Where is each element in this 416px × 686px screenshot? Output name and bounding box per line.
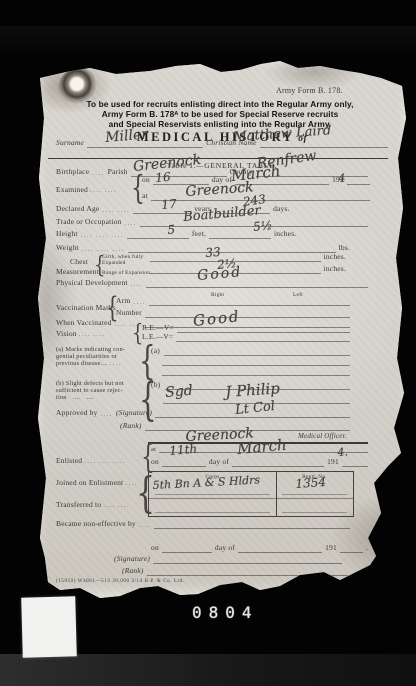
vaccination-arm-row: Arm .... [116,297,350,306]
height-feet-line [127,230,189,239]
final-signature-row: (Signature) [114,555,342,564]
marks-a-line3 [162,375,350,376]
enlisted-year-label: 191 [327,458,339,467]
enlisted-on-label: on [151,458,159,467]
feet-label: feet, [192,230,206,239]
film-shade-top [0,26,416,58]
weight-label: Weight [56,244,79,253]
vision-label: Vision .... .... [56,330,106,339]
physical-label: Physical Development [56,279,128,288]
film-shade-bottom [0,654,416,686]
enlisted-year-line [342,458,368,467]
final-rank-line [147,567,348,576]
defects-b-tag: (b) [151,381,160,390]
notice-line-1: To be used for recruits enlisting direct… [50,99,390,109]
chest-girth-row: inches. [150,253,346,262]
non-effective-line [154,520,350,529]
approved-row: Approved by .... (Signature) [56,409,350,418]
enlisted-at-label: at [151,446,156,453]
on-label: on [142,176,150,185]
when-vaccinated-label: When Vaccinated [56,319,112,328]
le-line [176,333,350,342]
hw-approved-signature: J Philip [225,379,281,401]
microfilm-frame: Army Form B. 178. To be used for recruit… [0,0,416,686]
arm-line [149,297,350,306]
frame-number: 0804 [192,603,259,622]
birthplace-label: Birthplace [56,168,89,177]
marks-a-line1 [164,355,350,356]
hw-height-feet: 5 [167,223,176,237]
approved-label: Approved by [56,409,98,418]
final-rank-row: (Rank) [122,567,348,576]
corps-table-row-line [149,498,353,499]
marks-a-tag: (a) [151,347,160,356]
medical-officer-label: Medical Officer. [298,432,347,440]
surname-label: Surname [56,139,84,148]
marks-a-line2 [162,365,350,366]
final-dot: . [366,544,368,553]
examined-year-line [347,176,370,185]
vision-le-row: L.E.—V= [142,333,350,342]
film-edge-tag [21,596,77,657]
hw-enlisted-day: 11th [169,442,198,458]
chest-label-1: Chest [70,258,88,267]
hw-enlisted-month: March [236,436,287,458]
final-month-line [238,544,322,553]
number-line [145,309,350,318]
final-dayof-label: day of [215,544,235,553]
arm-label: Arm [116,297,130,306]
enlisted-month-line [232,458,324,467]
number-label: Number [116,309,142,318]
approved-signature-label: (Signature) [116,409,152,418]
height-label: Height [56,230,78,239]
non-effective-label: Became non-effective by [56,520,136,529]
declared-age-label: Declared Age [56,205,99,214]
regtl-cell-line2 [282,512,347,513]
final-signature-label: (Signature) [114,555,150,564]
approved-rank-label: (Rank) [120,422,142,431]
chest-girth-label: Girth, when fully Expanded [102,254,148,266]
hw-examined-year: 4 [338,171,346,185]
form-number: Army Form B. 178. [276,86,343,95]
final-on-label: on [151,544,159,553]
regtl-cell-line [282,494,347,495]
enlisted-label: Enlisted .... .... .... [56,457,126,466]
marks-a-label: (a) Marks indicating con- genital peculi… [56,346,144,368]
final-rank-label: (Rank) [122,567,144,576]
trade-label: Trade or Occupation [56,218,122,227]
defects-b-label: (b) Slight defects but not sufficient to… [56,380,144,402]
height-row: Height .... .... .... feet, inches. [56,230,344,239]
hw-height-inches: 5½ [253,218,274,234]
final-day-line [162,544,212,553]
section-rule [48,158,388,159]
days-label: days. [273,205,290,214]
chest-range-row: inches. [150,265,346,274]
transferred-label: Transferred to .... .... [56,501,130,510]
non-effective-row: Became non-effective by .... [56,520,350,529]
vision-re-row: R.E.—V= [142,324,350,333]
hw-age-years: 17 [161,197,177,212]
joined-label: Joined on Enlistment .... [56,479,138,488]
medical-history-form: Army Form B. 178. To be used for recruit… [36,58,408,600]
physical-line [146,279,368,288]
usage-notice: To be used for recruits enlisting direct… [50,99,390,130]
chest-girth-unit: inches. [324,253,346,262]
print-code: (15059) W4861—513 30,000 2/14 B.P. & Co.… [56,579,185,584]
final-signature-line [153,555,342,564]
final-year-label: 191 [325,544,337,553]
notice-line-2: Army Form B. 178ᴬ to be used for Special… [50,109,390,119]
chest-range-label: Range of Expansion [102,270,150,276]
enlisted-dayof-label: day of [209,458,229,467]
leader-dots: .... [92,171,104,177]
weight-line [128,244,336,253]
corps-cell-line2 [155,512,270,513]
chest-label-2: Measurement [56,268,99,277]
hw-regtl-no: 1354 [295,475,326,491]
hw-examined-day: 16 [155,170,171,185]
hw-approved-sgd: Sgd [165,383,194,401]
chest-range-unit: inches. [324,265,346,274]
examined-label: Examined .... .... [56,186,117,195]
enlisted-on-row: on day of 191 [151,458,368,467]
at-label: at [142,192,148,201]
final-date-row: on day of 191 . [151,544,368,553]
corps-cell-line [155,494,270,495]
final-year-line [340,544,363,553]
height-inches-label: inches. [274,230,296,239]
hw-enlisted-year: 4. [337,445,348,459]
parish-label: Parish [108,168,128,177]
enlisted-day-line [162,458,206,467]
